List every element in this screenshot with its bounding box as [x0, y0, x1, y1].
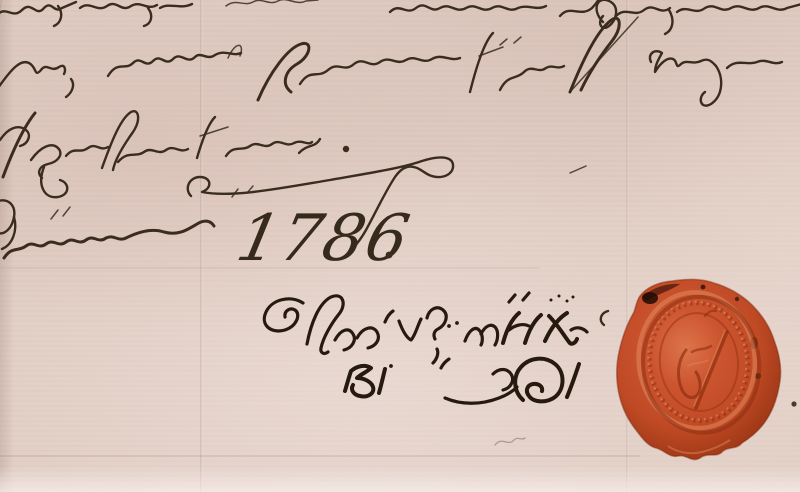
year-text: 1786: [231, 202, 418, 276]
wax-speck-1: [642, 292, 658, 304]
date-period: [386, 252, 393, 259]
manuscript-artwork: 1786: [0, 0, 800, 492]
paper-speck: [791, 401, 796, 406]
wax-speck-2: [701, 285, 706, 290]
wax-speck-3: [735, 297, 739, 301]
manuscript-page: … [illegible Kurrent script, cropped at …: [0, 0, 800, 492]
